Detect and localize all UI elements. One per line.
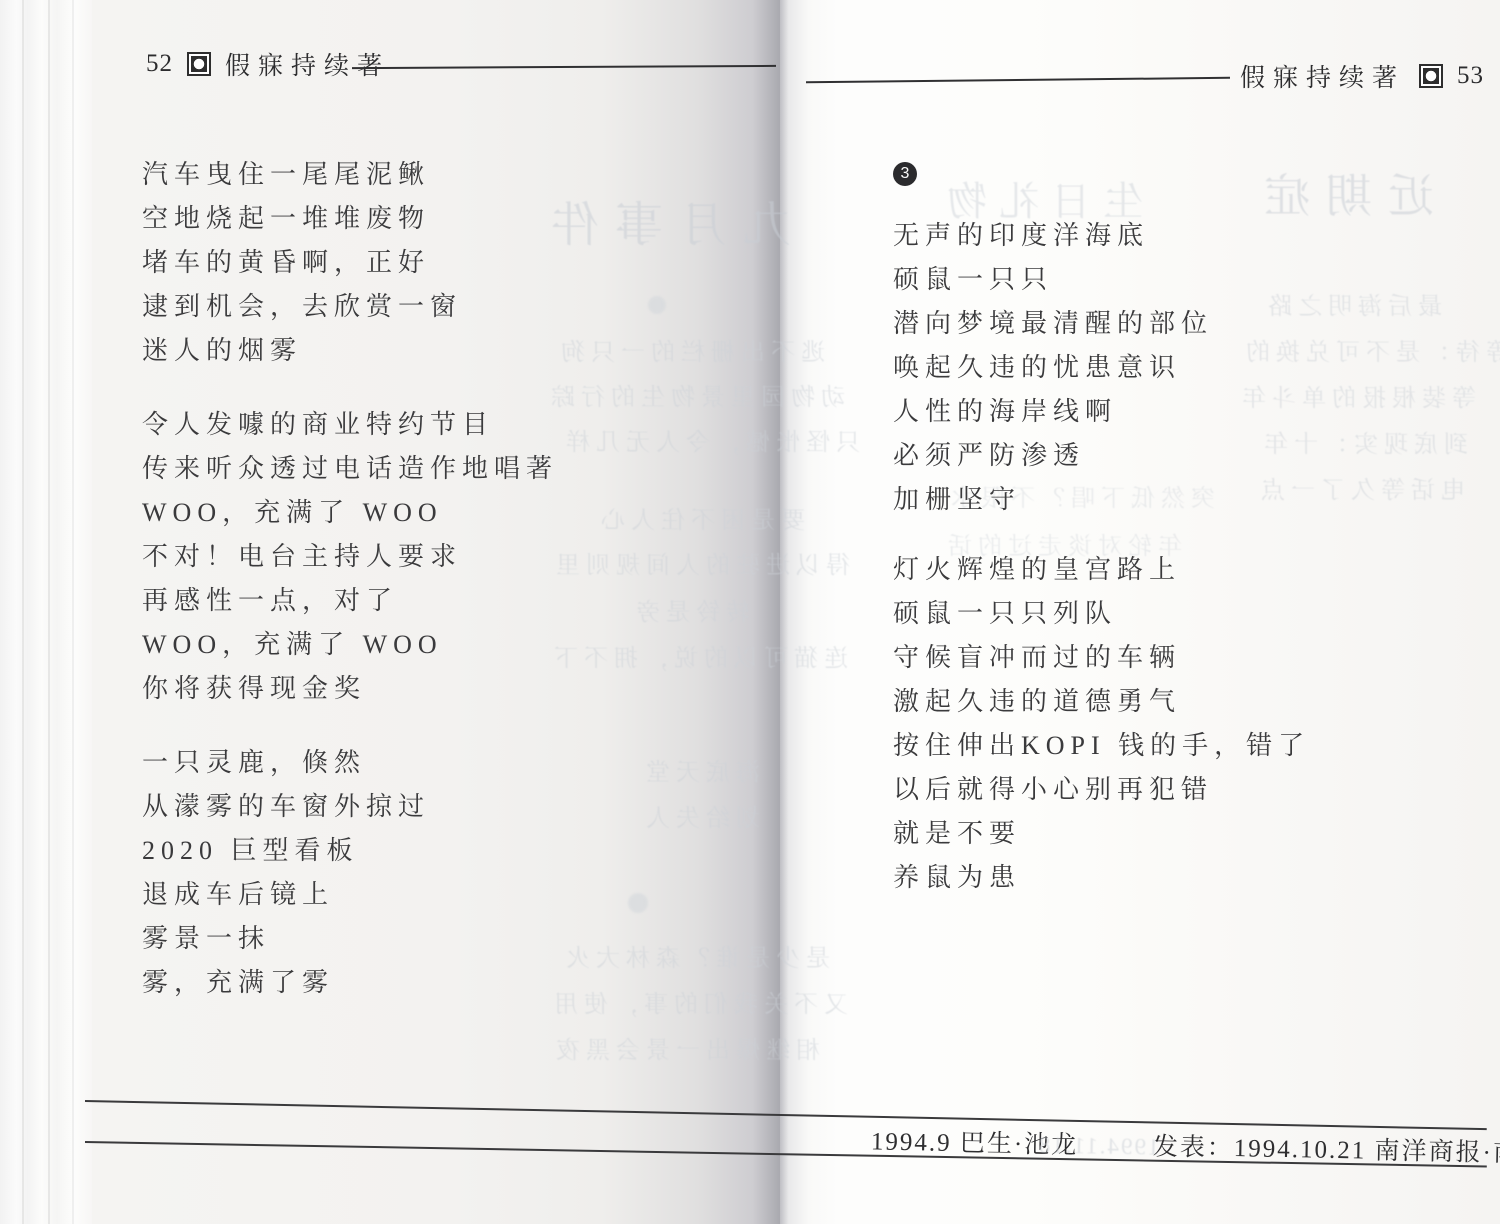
ghost-line: 相继爆出一景会黑夜	[550, 1030, 820, 1065]
right-poem: 3 无声的印度洋海底 硕鼠一只只 潜向梦境最清醒的部位 唤起久违的忧患意识 人性…	[893, 162, 1310, 900]
poem-line: 以后就得小心别再犯错	[893, 768, 1310, 812]
poem-line: WOO，充满了 WOO	[142, 623, 558, 667]
left-running-header: 52 假寐持续著	[146, 46, 390, 82]
left-poem: 汽车曳住一尾尾泥鳅 空地烧起一堆堆废物 堵车的黄昏啊，正好 逮到机会，去欣赏一窗…	[142, 153, 558, 1005]
poem-line: 再感性一点，对了	[142, 579, 558, 623]
poem-line: 人性的海岸线啊	[893, 390, 1310, 434]
poem-line: 传来听众透过电话造作地唱著	[142, 447, 558, 491]
poem-line: 空地烧起一堆堆废物	[142, 197, 558, 241]
ghost-line: 得以进驻的人间规则里	[550, 545, 850, 580]
page-stack-edge	[0, 0, 92, 1224]
ghost-section-marker-icon	[648, 296, 666, 314]
ghost-line: 又不关我们的事，使用	[548, 984, 848, 1019]
poem-line: 2020 巨型看板	[142, 829, 558, 873]
ghost-section-marker-icon	[628, 893, 648, 913]
publication-credit: 发表：1994.10.21 南洋商报·南洋文艺	[1152, 1126, 1500, 1178]
poem-line: 加栅坚守	[893, 478, 1310, 522]
ghost-line: 要是困不住人心	[595, 500, 805, 535]
ghost-line: 逃不出栅栏的一只狗	[555, 332, 825, 367]
poem-line: 逮到机会，去欣赏一窗	[142, 285, 558, 329]
poem-line: 退成车后镜上	[142, 873, 558, 917]
stanza: 一只灵鹿，倏然 从濛雾的车窗外掠过 2020 巨型看板 退成车后镜上 雾景一抹 …	[142, 741, 558, 1005]
right-running-title: 假寐持续著	[1240, 58, 1405, 94]
poem-line: 激起久违的道德勇气	[893, 680, 1310, 724]
poem-line: 硕鼠一只只	[893, 258, 1310, 302]
ghost-line: 海底天堂	[640, 752, 760, 787]
poem-line: 必须严防渗透	[893, 434, 1310, 478]
ghost-line: 动物园里景物生的行踪	[545, 377, 845, 412]
left-page-number: 52	[146, 50, 173, 78]
ghost-line: 转铃是旁	[630, 592, 750, 627]
ghost-line: 划给失人	[640, 798, 760, 833]
poem-line: 不对！电台主持人要求	[142, 535, 558, 579]
ghost-title-left: 九月事件	[535, 186, 791, 255]
page-edge-line	[48, 0, 50, 1224]
poem-line: 雾，充满了雾	[142, 961, 558, 1005]
poem-line: 按住伸出KOPI 钱的手，错了	[893, 724, 1310, 768]
right-running-header: 假寐持续著 53	[1240, 58, 1484, 94]
stanza: 令人发噱的商业特约节目 传来听众透过电话造作地唱著 WOO，充满了 WOO 不对…	[142, 403, 558, 711]
poem-line: 唤起久违的忧患意识	[893, 346, 1310, 390]
ghost-line: 只怪怅憾，令人无几样	[560, 422, 860, 457]
book-spread: 52 假寐持续著 假寐持续著 53 九月事件 逃不出栅栏的一只狗 动物园里景物生…	[0, 0, 1500, 1224]
stanza: 灯火辉煌的皇宫路上 硕鼠一只只列队 守候盲冲而过的车辆 激起久违的道德勇气 按住…	[893, 548, 1310, 900]
page-edge-line	[22, 0, 24, 1224]
poem-line: 你将获得现金奖	[142, 667, 558, 711]
poem-line: 潜向梦境最清醒的部位	[893, 302, 1310, 346]
stanza: 汽车曳住一尾尾泥鳅 空地烧起一堆堆废物 堵车的黄昏啊，正好 逮到机会，去欣赏一窗…	[142, 153, 558, 373]
poem-line: 养鼠为患	[893, 856, 1310, 900]
ghost-line: 连猫可以的说，拥不下	[548, 638, 848, 673]
poem-line: 无声的印度洋海底	[893, 214, 1310, 258]
poem-line: 硕鼠一只只列队	[893, 592, 1310, 636]
poem-line: 守候盲冲而过的车辆	[893, 636, 1310, 680]
poem-line: 令人发噱的商业特约节目	[142, 403, 558, 447]
ghost-publication-date: 1994.11.18	[1036, 1125, 1159, 1167]
left-running-title: 假寐持续著	[225, 46, 390, 82]
poem-line: 迷人的烟雾	[142, 329, 558, 373]
poem-line: 就是不要	[893, 812, 1310, 856]
poem-line: 灯火辉煌的皇宫路上	[893, 548, 1310, 592]
ornament-icon	[187, 52, 211, 76]
poem-line: WOO，充满了 WOO	[142, 491, 558, 535]
stanza: 无声的印度洋海底 硕鼠一只只 潜向梦境最清醒的部位 唤起久违的忧患意识 人性的海…	[893, 214, 1310, 522]
page-edge-line	[72, 0, 74, 1224]
poem-line: 雾景一抹	[142, 917, 558, 961]
poem-line: 堵车的黄昏啊，正好	[142, 241, 558, 285]
poem-line: 从濛雾的车窗外掠过	[142, 785, 558, 829]
section-marker-badge: 3	[893, 162, 917, 186]
poem-line: 一只灵鹿，倏然	[142, 741, 558, 785]
right-page-number: 53	[1457, 62, 1484, 90]
poem-line: 汽车曳住一尾尾泥鳅	[142, 153, 558, 197]
ghost-line: 是少是谁？森林大火	[560, 938, 830, 973]
ornament-icon	[1419, 64, 1443, 88]
